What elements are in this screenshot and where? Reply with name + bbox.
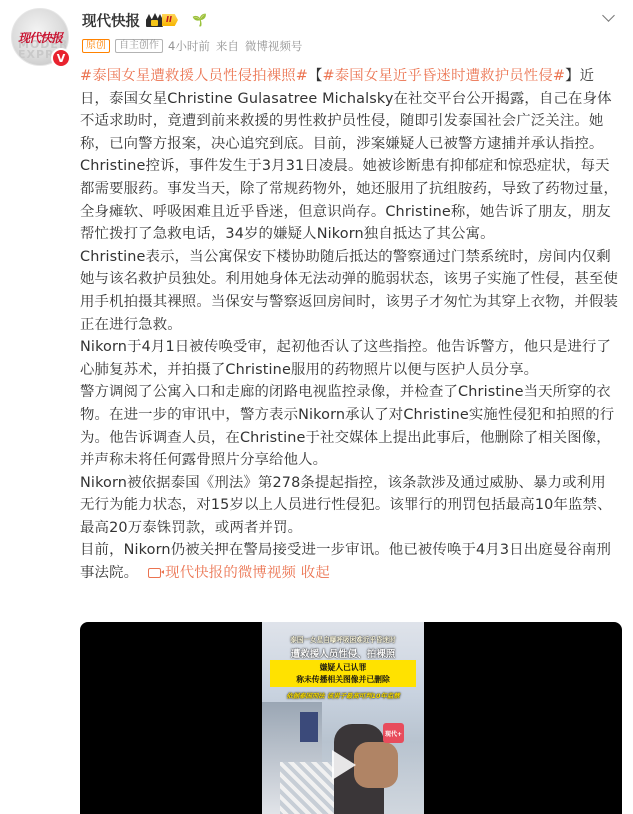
highlight-line-1: 嫌疑人已认罪	[270, 662, 416, 674]
thumbnail-door	[300, 712, 318, 742]
vip-level-label: II	[162, 14, 178, 26]
paragraph-6: Nikorn被依据泰国《刑法》第278条提起指控，该条款涉及通过威胁、暴力或利用…	[80, 472, 620, 540]
chevron-down-icon[interactable]	[602, 9, 615, 22]
highlight-line-2: 称未传播相关图像并已删除	[270, 674, 416, 686]
video-caption-line-3: 依据泰国刑法 该男子最高可判10年监禁	[262, 691, 424, 700]
paragraph-4: Nikorn于4月1日被传唤受审，起初他否认了这些指控。他告诉警方，他只是进行了…	[80, 336, 620, 381]
sprout-icon[interactable]: 🌱	[192, 14, 207, 26]
watermark-logo: 现代+	[383, 723, 404, 743]
vip-badge[interactable]: II	[146, 12, 178, 28]
post-source[interactable]: 微博视频号	[245, 38, 303, 54]
self-created-tag: 自主创作	[115, 39, 163, 53]
crown-icon	[146, 14, 163, 27]
avatar[interactable]: MODERNEXPRESS 现代快报 V	[11, 8, 69, 66]
video-caption-line-2: 遭救援人员性侵、拍裸照	[262, 646, 424, 660]
hashtag-link[interactable]: #泰国女星遭救援人员性侵拍裸照#	[80, 68, 308, 84]
video-icon	[148, 568, 161, 578]
video-thumbnail[interactable]: 泰国一女星自曝呼吸困难近乎昏迷时 遭救援人员性侵、拍裸照 嫌疑人已认罪 称未传播…	[262, 622, 424, 814]
avatar-logo-text: 现代快报	[18, 29, 62, 46]
bracket-open: 【	[308, 68, 323, 84]
video-player[interactable]: 泰国一女星自曝呼吸困难近乎昏迷时 遭救援人员性侵、拍裸照 嫌疑人已认罪 称未传播…	[80, 622, 622, 814]
paragraph-2: Christine控诉，事件发生于3月31日凌晨。她被诊断患有抑郁症和惊恐症状，…	[80, 155, 620, 245]
from-label: 来自	[216, 38, 239, 54]
paragraph-7: 目前，Nikorn仍被关押在警局接受进一步审讯。他已被传唤于4月3日出庭曼谷南刑…	[80, 539, 620, 584]
paragraph-3: Christine表示，当公寓保安下楼协助随后抵达的警察通过门禁系统时，房间内仅…	[80, 246, 620, 336]
post-time[interactable]: 4小时前	[168, 38, 210, 54]
paragraph-5: 警方调阅了公寓入口和走廊的闭路电视监控录像，并检查了Christine当天所穿的…	[80, 381, 620, 471]
username-row: 现代快报 II 🌱	[82, 10, 207, 30]
original-tag: 原创	[82, 39, 110, 53]
verified-badge-icon: V	[51, 48, 71, 68]
video-caption-line-1: 泰国一女星自曝呼吸困难近乎昏迷时	[262, 634, 424, 644]
thumbnail-carried-person	[354, 742, 398, 788]
post-body: #泰国女星遭救援人员性侵拍裸照#【#泰国女星近乎昏迷时遭救护员性侵#】近日，泰国…	[80, 65, 620, 585]
play-icon[interactable]	[332, 750, 356, 780]
thumbnail-floor	[280, 762, 340, 814]
collapse-link[interactable]: 收起	[301, 565, 330, 581]
bracket-close: 】	[565, 68, 580, 84]
post-meta: 原创 自主创作 4小时前 来自 微博视频号	[82, 38, 302, 54]
paragraph-1: #泰国女星遭救援人员性侵拍裸照#【#泰国女星近乎昏迷时遭救护员性侵#】近日，泰国…	[80, 65, 620, 155]
hashtag-link[interactable]: #泰国女星近乎昏迷时遭救护员性侵#	[323, 68, 566, 84]
video-highlight-box: 嫌疑人已认罪 称未传播相关图像并已删除	[270, 660, 416, 687]
username-link[interactable]: 现代快报	[82, 10, 140, 31]
video-link[interactable]: 现代快报的微博视频	[165, 565, 296, 581]
